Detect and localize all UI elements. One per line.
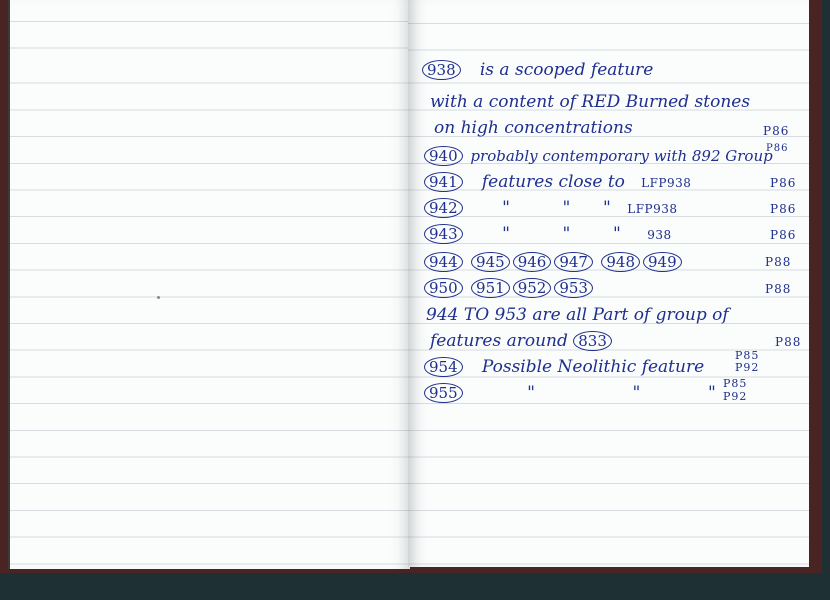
ditto-mark: " (471, 198, 541, 218)
entry-text: is a scooped feature (480, 60, 654, 80)
context-number: 945 (471, 252, 510, 272)
left-page (8, 0, 410, 569)
context-number: 944 (424, 252, 463, 272)
context-number-941: 941 (424, 172, 463, 192)
page-ref: P86 (763, 124, 789, 138)
group-row-2: 950 951952953 (424, 278, 596, 298)
context-number: 949 (643, 252, 682, 272)
page-ref: P86 (766, 143, 788, 154)
context-number-955: 955 (424, 383, 463, 403)
group-row-1: 944 945946947 948949 (424, 252, 685, 272)
ditto-mark: " (596, 383, 676, 403)
page-ref: P86 (770, 228, 796, 242)
context-number-938: 938 (422, 60, 461, 80)
entry-943: 943 " " " 938 (424, 224, 672, 244)
context-number: 953 (554, 278, 593, 298)
ditto-mark: " (546, 198, 586, 218)
ditto-mark: " (471, 224, 541, 244)
context-number-942: 942 (424, 198, 463, 218)
page-ref: P86 (770, 202, 796, 216)
entry-text: Possible Neolithic feature (482, 357, 704, 377)
entry-938-line-3: on high concentrations (434, 118, 633, 138)
entry-938-line-1: 938 is a scooped feature (422, 60, 653, 80)
context-number: 947 (554, 252, 593, 272)
group-note-line-1: 944 TO 953 are all Part of group of (426, 305, 729, 325)
entry-text: probably contemporary with 892 Group (470, 147, 772, 165)
entry-target: 938 (647, 228, 671, 242)
ditto-mark: " (471, 383, 591, 403)
entry-941: 941 features close to LFP938 (424, 172, 691, 192)
context-number: 946 (513, 252, 552, 272)
context-number-940: 940 (424, 146, 463, 166)
entry-954: 954 Possible Neolithic feature (424, 357, 704, 377)
context-number-954: 954 (424, 357, 463, 377)
entry-940: 940 probably contemporary with 892 Group (424, 146, 773, 166)
entry-955: 955 " " " (424, 383, 742, 403)
ink-speck (157, 296, 160, 299)
context-number: 952 (513, 278, 552, 298)
ditto-mark: " (546, 224, 586, 244)
entry-text: features around (430, 331, 568, 351)
entry-942: 942 " " " LFP938 (424, 198, 678, 218)
context-number-833: 833 (573, 331, 612, 351)
page-ref: P88 (765, 282, 791, 296)
entry-target: LFP938 (627, 202, 677, 216)
page-ref: P92 (723, 390, 747, 403)
page-ref: P88 (765, 255, 791, 269)
page-ref: P92 (735, 361, 759, 374)
page-ref: P88 (775, 335, 801, 349)
entry-target: LFP938 (641, 176, 691, 190)
page-ref: P85 (723, 377, 747, 390)
ditto-mark: " (592, 198, 622, 218)
context-number-943: 943 (424, 224, 463, 244)
context-number: 950 (424, 278, 463, 298)
page-ref: P86 (770, 176, 796, 190)
context-number: 951 (471, 278, 510, 298)
entry-938-line-2: with a content of RED Burned stones (430, 92, 750, 112)
entry-text: features close to (482, 172, 625, 192)
group-note-line-2: features around 833 (430, 331, 615, 351)
ditto-mark: " (592, 224, 642, 244)
context-number: 948 (601, 252, 640, 272)
